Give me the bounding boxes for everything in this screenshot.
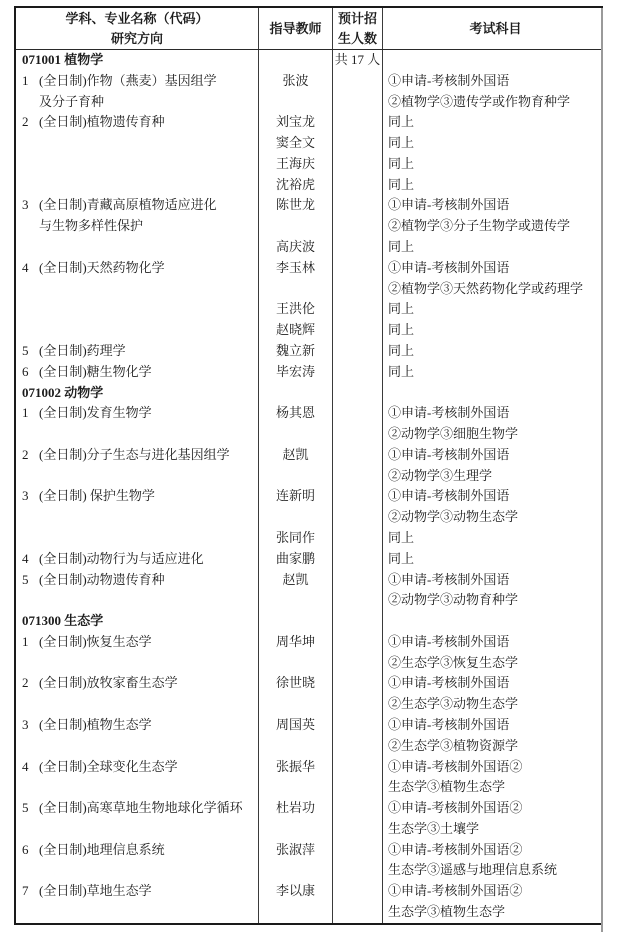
enrollment-cell: 共 17 人 — [333, 50, 383, 71]
enrollment-cell — [333, 154, 383, 175]
table-row: 生态学③植物生态学 — [16, 902, 603, 923]
table-row: 2(全日制)分子生态与进化基因组学赵凯①申请-考核制外国语 — [16, 445, 603, 466]
table-row: 生态学③土壤学 — [16, 819, 603, 840]
table-row: ②生态学③动物生态学 — [16, 694, 603, 715]
table-row: 张同作同上 — [16, 528, 603, 549]
enrollment-cell — [333, 715, 383, 736]
direction-cell: 071002 动物学 — [16, 383, 259, 404]
document-page: 学科、专业名称（代码） 研究方向 指导教师 预计招 生人数 考试科目 07100… — [0, 0, 622, 932]
advisor-cell — [259, 860, 333, 881]
direction-cell — [16, 299, 259, 320]
row-number: 6 — [22, 362, 39, 383]
table-row: 5(全日制)动物遗传育种赵凯①申请-考核制外国语 — [16, 570, 603, 591]
exam-cell: ①申请-考核制外国语 — [383, 445, 603, 466]
row-number: 4 — [22, 549, 39, 570]
table-row: 王海庆同上 — [16, 154, 603, 175]
direction-cell — [16, 279, 259, 300]
enrollment-cell — [333, 653, 383, 674]
table-row: ②动物学③动物生态学 — [16, 507, 603, 528]
advisor-cell — [259, 694, 333, 715]
advisor-cell — [259, 466, 333, 487]
header-subject-line1: 学科、专业名称（代码） — [65, 9, 208, 29]
exam-cell: ①申请-考核制外国语 — [383, 673, 603, 694]
advisor-cell: 王洪伦 — [259, 299, 333, 320]
table-body: 071001 植物学共 17 人1(全日制)作物（燕麦）基因组学张波①申请-考核… — [16, 50, 603, 923]
enrollment-cell — [333, 819, 383, 840]
direction-cell — [16, 860, 259, 881]
table-row: 6(全日制)地理信息系统张淑萍①申请-考核制外国语② — [16, 840, 603, 861]
table-row: 沈裕虎同上 — [16, 175, 603, 196]
exam-cell — [383, 383, 603, 404]
table-row: 6(全日制)糖生物化学毕宏涛同上 — [16, 362, 603, 383]
advisor-cell: 李玉林 — [259, 258, 333, 279]
enrollment-cell — [333, 112, 383, 133]
exam-cell: ②动物学③细胞生物学 — [383, 424, 603, 445]
advisor-cell: 刘宝龙 — [259, 112, 333, 133]
advisor-cell — [259, 819, 333, 840]
direction-cell: 7(全日制)草地生态学 — [16, 881, 259, 902]
exam-cell: 同上 — [383, 320, 603, 341]
exam-cell: ①申请-考核制外国语 — [383, 715, 603, 736]
enrollment-cell — [333, 445, 383, 466]
row-number: 3 — [22, 195, 39, 216]
enrollment-cell — [333, 403, 383, 424]
exam-cell: 同上 — [383, 299, 603, 320]
row-number: 4 — [22, 258, 39, 279]
exam-cell: ①申请-考核制外国语② — [383, 757, 603, 778]
direction-cell: 5(全日制)动物遗传育种 — [16, 570, 259, 591]
enrollment-cell — [333, 320, 383, 341]
advisor-cell — [259, 424, 333, 445]
table-row: 3(全日制) 保护生物学连新明①申请-考核制外国语 — [16, 486, 603, 507]
header-subject: 学科、专业名称（代码） 研究方向 — [16, 8, 259, 49]
row-number: 2 — [22, 673, 39, 694]
table-row: 窦全文同上 — [16, 133, 603, 154]
advisor-cell: 杜岩功 — [259, 798, 333, 819]
table-row: 1(全日制)恢复生态学周华坤①申请-考核制外国语 — [16, 632, 603, 653]
direction-cell — [16, 466, 259, 487]
advisor-cell: 张淑萍 — [259, 840, 333, 861]
exam-cell: ②植物学③遗传学或作物育种学 — [383, 92, 603, 113]
table-row: 4(全日制)天然药物化学李玉林①申请-考核制外国语 — [16, 258, 603, 279]
table-row: 生态学③植物生态学 — [16, 777, 603, 798]
table-row: 2(全日制)植物遗传育种刘宝龙同上 — [16, 112, 603, 133]
direction-cell: 5(全日制)高寒草地生物地球化学循环 — [16, 798, 259, 819]
exam-cell: 同上 — [383, 341, 603, 362]
advisor-cell: 李以康 — [259, 881, 333, 902]
advisor-cell: 曲家鹏 — [259, 549, 333, 570]
table-row: 3(全日制)植物生态学周国英①申请-考核制外国语 — [16, 715, 603, 736]
advisor-cell: 杨其恩 — [259, 403, 333, 424]
enrollment-cell — [333, 486, 383, 507]
advisor-cell — [259, 902, 333, 923]
enrollment-cell — [333, 195, 383, 216]
advisor-cell: 赵晓辉 — [259, 320, 333, 341]
table-row: ②生态学③恢复生态学 — [16, 653, 603, 674]
enrollment-cell — [333, 528, 383, 549]
exam-cell: ①申请-考核制外国语 — [383, 632, 603, 653]
table-row: ②动物学③生理学 — [16, 466, 603, 487]
enrollment-cell — [333, 549, 383, 570]
enrollment-cell — [333, 175, 383, 196]
table-row: 及分子育种②植物学③遗传学或作物育种学 — [16, 92, 603, 113]
enrollment-cell — [333, 881, 383, 902]
table-row: 071300 生态学 — [16, 611, 603, 632]
advisor-cell — [259, 279, 333, 300]
header-advisor: 指导教师 — [259, 8, 333, 49]
advisor-cell — [259, 216, 333, 237]
advisor-cell: 赵凯 — [259, 445, 333, 466]
exam-cell: 同上 — [383, 362, 603, 383]
direction-cell: 与生物多样性保护 — [16, 216, 259, 237]
enrollment-cell — [333, 71, 383, 92]
advisor-cell — [259, 507, 333, 528]
exam-cell: ②生态学③植物资源学 — [383, 736, 603, 757]
exam-cell: 同上 — [383, 175, 603, 196]
enrollment-cell — [333, 840, 383, 861]
direction-cell: 2(全日制)分子生态与进化基因组学 — [16, 445, 259, 466]
advisor-cell: 周华坤 — [259, 632, 333, 653]
table-row: ②生态学③植物资源学 — [16, 736, 603, 757]
exam-cell: 同上 — [383, 549, 603, 570]
direction-cell: 1(全日制)发育生物学 — [16, 403, 259, 424]
advisor-cell: 徐世晓 — [259, 673, 333, 694]
advisor-cell: 周国英 — [259, 715, 333, 736]
admissions-table: 学科、专业名称（代码） 研究方向 指导教师 预计招 生人数 考试科目 07100… — [14, 6, 603, 925]
advisor-cell: 王海庆 — [259, 154, 333, 175]
direction-cell: 4(全日制)天然药物化学 — [16, 258, 259, 279]
enrollment-cell — [333, 673, 383, 694]
advisor-cell: 张波 — [259, 71, 333, 92]
row-number: 1 — [22, 71, 39, 92]
enrollment-cell — [333, 860, 383, 881]
enrollment-cell — [333, 299, 383, 320]
exam-cell: 生态学③植物生态学 — [383, 777, 603, 798]
exam-cell — [383, 50, 603, 71]
exam-cell: ①申请-考核制外国语 — [383, 71, 603, 92]
row-number: 1 — [22, 632, 39, 653]
direction-cell: 2(全日制)植物遗传育种 — [16, 112, 259, 133]
table-row: 1(全日制)发育生物学杨其恩①申请-考核制外国语 — [16, 403, 603, 424]
enrollment-cell — [333, 341, 383, 362]
advisor-cell: 陈世龙 — [259, 195, 333, 216]
exam-cell: 同上 — [383, 154, 603, 175]
advisor-cell — [259, 590, 333, 611]
direction-cell: 3(全日制)青藏高原植物适应进化 — [16, 195, 259, 216]
row-number: 2 — [22, 112, 39, 133]
enrollment-cell — [333, 279, 383, 300]
header-subject-line2: 研究方向 — [111, 29, 163, 49]
enrollment-cell — [333, 590, 383, 611]
table-row: 王洪伦同上 — [16, 299, 603, 320]
direction-cell: 5(全日制)药理学 — [16, 341, 259, 362]
table-row: ②植物学③天然药物化学或药理学 — [16, 279, 603, 300]
direction-cell — [16, 175, 259, 196]
direction-cell — [16, 154, 259, 175]
direction-cell: 1(全日制)作物（燕麦）基因组学 — [16, 71, 259, 92]
table-row: 5(全日制)药理学魏立新同上 — [16, 341, 603, 362]
enrollment-cell — [333, 424, 383, 445]
table-row: 071002 动物学 — [16, 383, 603, 404]
exam-cell: 同上 — [383, 133, 603, 154]
direction-cell — [16, 819, 259, 840]
enrollment-cell — [333, 611, 383, 632]
direction-cell: 071300 生态学 — [16, 611, 259, 632]
exam-cell: ②动物学③动物生态学 — [383, 507, 603, 528]
row-number: 3 — [22, 486, 39, 507]
direction-cell: 1(全日制)恢复生态学 — [16, 632, 259, 653]
enrollment-cell — [333, 507, 383, 528]
advisor-cell: 张振华 — [259, 757, 333, 778]
direction-cell — [16, 902, 259, 923]
table-row: 1(全日制)作物（燕麦）基因组学张波①申请-考核制外国语 — [16, 71, 603, 92]
table-row: 高庆波同上 — [16, 237, 603, 258]
advisor-cell — [259, 777, 333, 798]
advisor-cell — [259, 50, 333, 71]
exam-cell: ①申请-考核制外国语 — [383, 486, 603, 507]
exam-cell: ②动物学③动物育种学 — [383, 590, 603, 611]
row-number: 5 — [22, 570, 39, 591]
direction-cell — [16, 694, 259, 715]
table-row: ②动物学③动物育种学 — [16, 590, 603, 611]
page-right-edge-line — [601, 8, 603, 932]
direction-cell: 3(全日制) 保护生物学 — [16, 486, 259, 507]
enrollment-cell — [333, 694, 383, 715]
direction-cell — [16, 736, 259, 757]
row-number: 3 — [22, 715, 39, 736]
direction-cell — [16, 237, 259, 258]
advisor-cell — [259, 736, 333, 757]
advisor-cell — [259, 611, 333, 632]
row-number: 5 — [22, 798, 39, 819]
enrollment-cell — [333, 736, 383, 757]
advisor-cell: 张同作 — [259, 528, 333, 549]
advisor-cell: 高庆波 — [259, 237, 333, 258]
exam-cell: 生态学③遥感与地理信息系统 — [383, 860, 603, 881]
table-header-row: 学科、专业名称（代码） 研究方向 指导教师 预计招 生人数 考试科目 — [16, 8, 603, 50]
row-number: 7 — [22, 881, 39, 902]
advisor-cell: 连新明 — [259, 486, 333, 507]
direction-cell — [16, 528, 259, 549]
direction-cell — [16, 777, 259, 798]
exam-cell: 同上 — [383, 237, 603, 258]
direction-cell: 6(全日制)地理信息系统 — [16, 840, 259, 861]
advisor-cell — [259, 92, 333, 113]
exam-cell: ②生态学③动物生态学 — [383, 694, 603, 715]
direction-cell: 4(全日制)动物行为与适应进化 — [16, 549, 259, 570]
advisor-cell — [259, 383, 333, 404]
direction-cell: 071001 植物学 — [16, 50, 259, 71]
table-row: 2(全日制)放牧家畜生态学徐世晓①申请-考核制外国语 — [16, 673, 603, 694]
exam-cell: ①申请-考核制外国语 — [383, 570, 603, 591]
enrollment-cell — [333, 570, 383, 591]
exam-cell: 同上 — [383, 112, 603, 133]
direction-cell — [16, 320, 259, 341]
advisor-cell: 沈裕虎 — [259, 175, 333, 196]
direction-cell — [16, 653, 259, 674]
header-enrollment: 预计招 生人数 — [333, 8, 383, 49]
enrollment-cell — [333, 362, 383, 383]
exam-cell: ②生态学③恢复生态学 — [383, 653, 603, 674]
table-row: 生态学③遥感与地理信息系统 — [16, 860, 603, 881]
exam-cell: ①申请-考核制外国语② — [383, 840, 603, 861]
advisor-cell: 毕宏涛 — [259, 362, 333, 383]
enrollment-cell — [333, 258, 383, 279]
direction-cell — [16, 424, 259, 445]
enrollment-cell — [333, 92, 383, 113]
header-enrollment-line2: 生人数 — [338, 29, 377, 49]
direction-cell: 2(全日制)放牧家畜生态学 — [16, 673, 259, 694]
direction-cell — [16, 133, 259, 154]
table-row: 与生物多样性保护②植物学③分子生物学或遗传学 — [16, 216, 603, 237]
header-enrollment-line1: 预计招 — [338, 9, 377, 29]
table-row: 7(全日制)草地生态学李以康①申请-考核制外国语② — [16, 881, 603, 902]
exam-cell: ①申请-考核制外国语 — [383, 403, 603, 424]
enrollment-cell — [333, 798, 383, 819]
row-number: 6 — [22, 840, 39, 861]
advisor-cell: 窦全文 — [259, 133, 333, 154]
header-exam: 考试科目 — [383, 8, 603, 49]
exam-cell: ②植物学③分子生物学或遗传学 — [383, 216, 603, 237]
table-row: 5(全日制)高寒草地生物地球化学循环杜岩功①申请-考核制外国语② — [16, 798, 603, 819]
enrollment-cell — [333, 133, 383, 154]
table-row: 071001 植物学共 17 人 — [16, 50, 603, 71]
row-number: 2 — [22, 445, 39, 466]
table-row: 4(全日制)动物行为与适应进化曲家鹏同上 — [16, 549, 603, 570]
exam-cell: ②植物学③天然药物化学或药理学 — [383, 279, 603, 300]
direction-cell — [16, 590, 259, 611]
exam-cell: ①申请-考核制外国语② — [383, 881, 603, 902]
exam-cell: ①申请-考核制外国语 — [383, 195, 603, 216]
table-row: ②动物学③细胞生物学 — [16, 424, 603, 445]
enrollment-cell — [333, 902, 383, 923]
table-row: 3(全日制)青藏高原植物适应进化陈世龙①申请-考核制外国语 — [16, 195, 603, 216]
table-row: 赵晓辉同上 — [16, 320, 603, 341]
exam-cell: 生态学③土壤学 — [383, 819, 603, 840]
exam-cell: ①申请-考核制外国语 — [383, 258, 603, 279]
row-number: 4 — [22, 757, 39, 778]
exam-cell — [383, 611, 603, 632]
advisor-cell: 赵凯 — [259, 570, 333, 591]
direction-cell — [16, 507, 259, 528]
row-number: 1 — [22, 403, 39, 424]
enrollment-cell — [333, 383, 383, 404]
direction-cell: 及分子育种 — [16, 92, 259, 113]
enrollment-cell — [333, 632, 383, 653]
exam-cell: 生态学③植物生态学 — [383, 902, 603, 923]
exam-cell: ②动物学③生理学 — [383, 466, 603, 487]
enrollment-cell — [333, 216, 383, 237]
exam-cell: 同上 — [383, 528, 603, 549]
enrollment-cell — [333, 237, 383, 258]
direction-cell: 3(全日制)植物生态学 — [16, 715, 259, 736]
advisor-cell — [259, 653, 333, 674]
direction-cell: 6(全日制)糖生物化学 — [16, 362, 259, 383]
enrollment-cell — [333, 777, 383, 798]
direction-cell: 4(全日制)全球变化生态学 — [16, 757, 259, 778]
advisor-cell: 魏立新 — [259, 341, 333, 362]
exam-cell: ①申请-考核制外国语② — [383, 798, 603, 819]
enrollment-cell — [333, 466, 383, 487]
enrollment-cell — [333, 757, 383, 778]
table-row: 4(全日制)全球变化生态学张振华①申请-考核制外国语② — [16, 757, 603, 778]
row-number: 5 — [22, 341, 39, 362]
